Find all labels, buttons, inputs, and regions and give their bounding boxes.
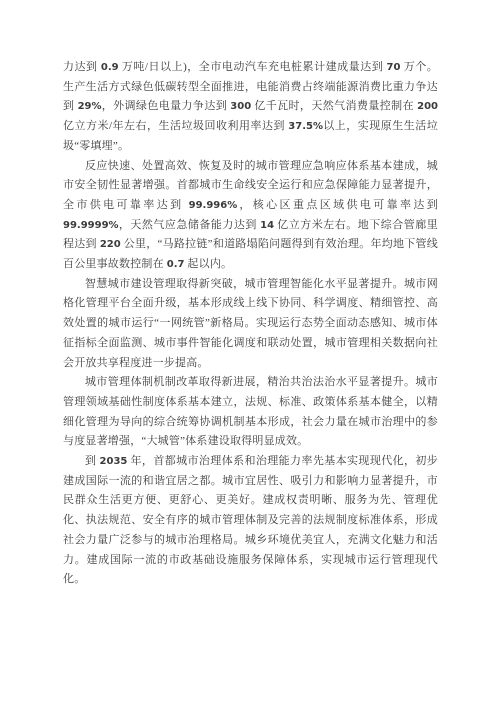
paragraph: 到 2035 年，首都城市治理体系和治理能力率先基本实现现代化，初步建成国际一流… (63, 452, 438, 590)
numeric-value: 70 (387, 62, 401, 73)
numeric-value: 99.996% (189, 200, 238, 211)
numeric-value: 99.9999% (63, 220, 119, 231)
paragraph: 智慧城市建设管理取得新突破，城市管理智能化水平显著提升。城市网格化管理平台全面升… (63, 275, 438, 374)
numeric-value: 29% (78, 101, 102, 112)
document-page: 力达到 0.9 万吨/日以上)，全市电动汽车充电桩累计建成量达到 70 万个。生… (0, 0, 500, 707)
paragraph: 反应快速、处置高效、恢复及时的城市管理应急响应体系基本建成，城市安全韧性显著增强… (63, 157, 438, 275)
document-text-block: 力达到 0.9 万吨/日以上)，全市电动汽车充电桩累计建成量达到 70 万个。生… (63, 58, 438, 590)
numeric-value: 0.7 (167, 259, 185, 270)
numeric-value: 2035 (100, 456, 128, 467)
paragraph: 城市管理体制机制改革取得新进展，精治共治法治水平显著提升。城市管理领域基础性制度… (63, 373, 438, 452)
numeric-value: 220 (100, 239, 121, 250)
paragraph: 力达到 0.9 万吨/日以上)，全市电动汽车充电桩累计建成量达到 70 万个。生… (63, 58, 438, 157)
numeric-value: 200 (417, 101, 438, 112)
numeric-value: 0.9 (101, 62, 119, 73)
numeric-value: 300 (230, 101, 251, 112)
numeric-value: 37.5% (288, 121, 323, 132)
numeric-value: 14 (260, 220, 274, 231)
